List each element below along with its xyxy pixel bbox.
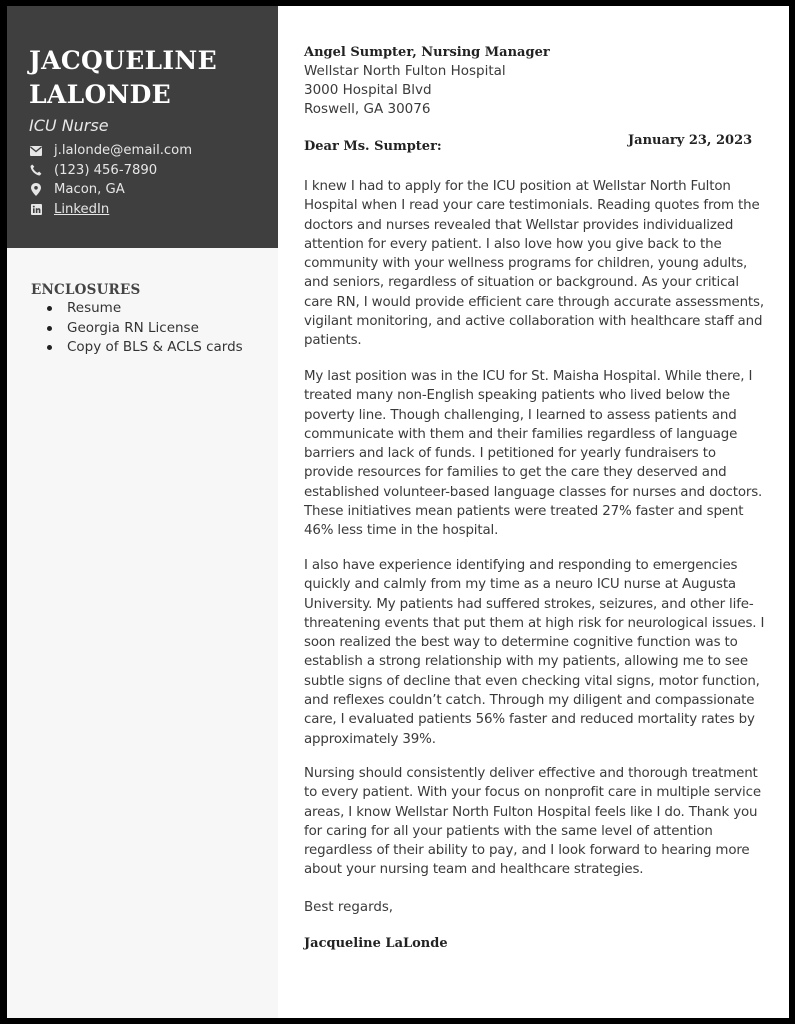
signature: Jacqueline LaLonde bbox=[304, 936, 448, 951]
name-line-1: JACQUELINE bbox=[29, 44, 217, 78]
letter-date: January 23, 2023 bbox=[628, 133, 752, 148]
recipient-name: Angel Sumpter, Nursing Manager bbox=[304, 43, 764, 62]
contact-location: Macon, GA bbox=[29, 180, 192, 200]
enclosure-item: Copy of BLS & ACLS cards bbox=[31, 338, 243, 358]
envelope-icon bbox=[29, 144, 43, 158]
enclosures-list: Resume Georgia RN License Copy of BLS & … bbox=[31, 299, 243, 358]
location-text: Macon, GA bbox=[54, 180, 125, 200]
applicant-name: JACQUELINE LALONDE bbox=[29, 44, 217, 112]
enclosure-item: Resume bbox=[31, 299, 243, 319]
email-text: j.lalonde@email.com bbox=[54, 141, 192, 161]
enclosures-section: ENCLOSURES Resume Georgia RN License Cop… bbox=[31, 282, 243, 358]
sidebar: JACQUELINE LALONDE ICU Nurse j.lalonde@e… bbox=[7, 6, 278, 1018]
bullet-icon bbox=[47, 326, 52, 331]
linkedin-icon bbox=[29, 202, 43, 216]
enclosure-label: Georgia RN License bbox=[67, 320, 199, 336]
contact-list: j.lalonde@email.com (123) 456-7890 Macon… bbox=[29, 141, 192, 219]
contact-linkedin: LinkedIn bbox=[29, 200, 192, 220]
recipient-organization: Wellstar North Fulton Hospital bbox=[304, 62, 764, 81]
job-title: ICU Nurse bbox=[29, 116, 109, 135]
linkedin-link[interactable]: LinkedIn bbox=[54, 200, 109, 220]
cover-letter-page: JACQUELINE LALONDE ICU Nurse j.lalonde@e… bbox=[7, 6, 789, 1018]
phone-text: (123) 456-7890 bbox=[54, 161, 157, 181]
salutation: Dear Ms. Sumpter: bbox=[304, 139, 442, 154]
contact-phone: (123) 456-7890 bbox=[29, 161, 192, 181]
paragraph-2: My last position was in the ICU for St. … bbox=[304, 367, 766, 541]
enclosure-item: Georgia RN License bbox=[31, 319, 243, 339]
enclosures-heading: ENCLOSURES bbox=[31, 282, 243, 298]
sidebar-header: JACQUELINE LALONDE ICU Nurse j.lalonde@e… bbox=[7, 6, 278, 248]
map-pin-icon bbox=[29, 183, 43, 197]
enclosure-label: Copy of BLS & ACLS cards bbox=[67, 339, 243, 355]
bullet-icon bbox=[47, 345, 52, 350]
enclosure-label: Resume bbox=[67, 300, 121, 316]
recipient-address-line2: Roswell, GA 30076 bbox=[304, 100, 764, 119]
contact-email: j.lalonde@email.com bbox=[29, 141, 192, 161]
recipient-address-line1: 3000 Hospital Blvd bbox=[304, 81, 764, 100]
bullet-icon bbox=[47, 306, 52, 311]
phone-icon bbox=[29, 163, 43, 177]
closing: Best regards, bbox=[304, 900, 393, 915]
name-line-2: LALONDE bbox=[29, 78, 217, 112]
paragraph-1: I knew I had to apply for the ICU positi… bbox=[304, 177, 766, 351]
recipient-block: Angel Sumpter, Nursing Manager Wellstar … bbox=[304, 43, 764, 119]
paragraph-3: I also have experience identifying and r… bbox=[304, 556, 766, 749]
paragraph-4: Nursing should consistently deliver effe… bbox=[304, 764, 766, 880]
